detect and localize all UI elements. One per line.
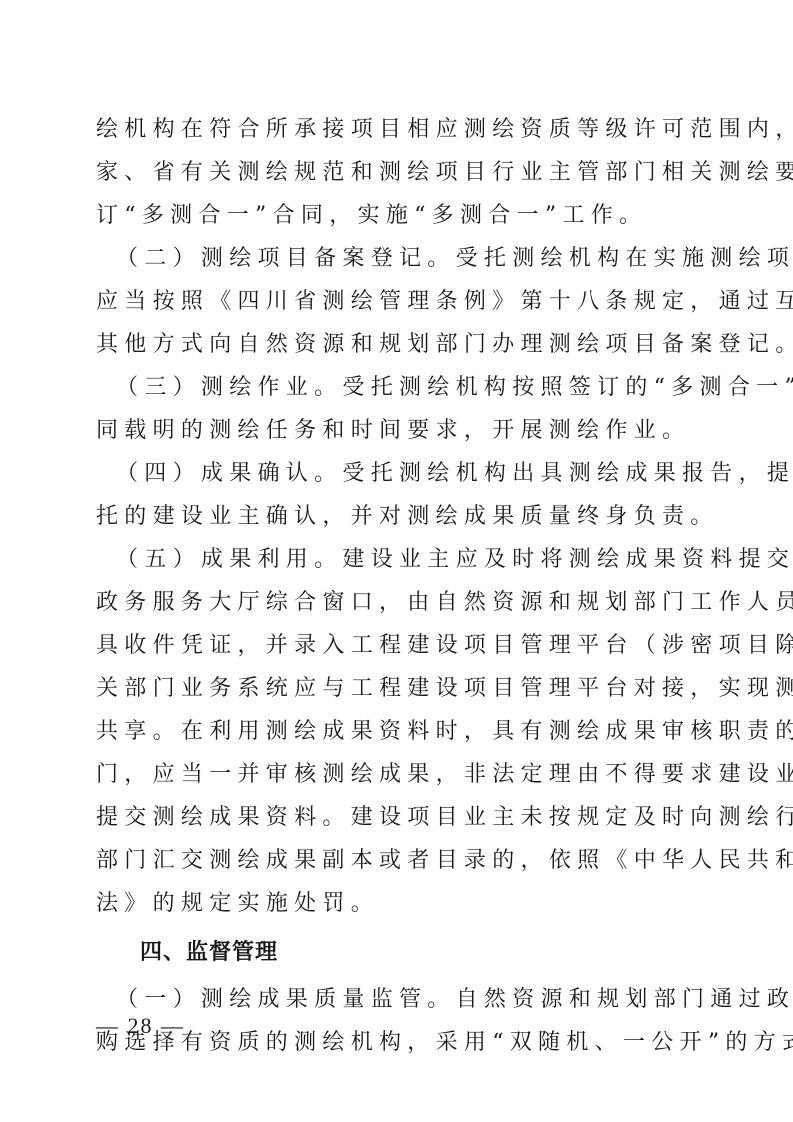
page-number: — 28 —: [96, 1013, 185, 1039]
text-line: 其他方式向自然资源和规划部门办理测绘项目备案登记。: [96, 323, 700, 366]
document-page: 绘机构在符合所承接项目相应测绘资质等级许可范围内，依照国 家、省有关测绘规范和测…: [96, 108, 700, 1064]
text-line: （五）成果利用。建设业主应及时将测绘成果资料提交到市: [96, 538, 700, 581]
text-line: （三）测绘作业。受托测绘机构按照签订的“多测合一”合: [96, 366, 700, 409]
text-line: 订“多测合一”合同，实施“多测合一”工作。: [96, 194, 700, 237]
text-line: 家、省有关测绘规范和测绘项目行业主管部门相关测绘要求，签: [96, 151, 700, 194]
paragraph-result-confirmation: （四）成果确认。受托测绘机构出具测绘成果报告，提交委 托的建设业主确认，并对测绘…: [96, 452, 700, 538]
text-line: （二）测绘项目备案登记。受托测绘机构在实施测绘项目前，: [96, 237, 700, 280]
text-line: 提交测绘成果资料。建设项目业主未按规定及时向测绘行政主管: [96, 796, 700, 839]
text-line: 法》的规定实施处罚。: [96, 882, 700, 925]
text-line: 关部门业务系统应与工程建设项目管理平台对接，实现测绘成果: [96, 667, 700, 710]
paragraph-quality-supervision: （一）测绘成果质量监管。自然资源和规划部门通过政府采 购选择有资质的测绘机构，采…: [96, 978, 700, 1064]
paragraph-result-utilization: （五）成果利用。建设业主应及时将测绘成果资料提交到市 政务服务大厅综合窗口，由自…: [96, 538, 700, 925]
section-heading: 四、监督管理: [96, 931, 700, 974]
text-line: 购选择有资质的测绘机构，采用“双随机、一公开”的方式，负: [96, 1021, 700, 1064]
text-line: 同载明的测绘任务和时间要求，开展测绘作业。: [96, 409, 700, 452]
text-line: 部门汇交测绘成果副本或者目录的，依照《中华人民共和国测绘: [96, 839, 700, 882]
paragraph-project-registration: （二）测绘项目备案登记。受托测绘机构在实施测绘项目前， 应当按照《四川省测绘管理…: [96, 237, 700, 366]
text-line: 绘机构在符合所承接项目相应测绘资质等级许可范围内，依照国: [96, 108, 700, 151]
text-line: （一）测绘成果质量监管。自然资源和规划部门通过政府采: [96, 978, 700, 1021]
text-line: 门，应当一并审核测绘成果，非法定理由不得要求建设业主重复: [96, 753, 700, 796]
text-line: 具收件凭证，并录入工程建设项目管理平台（涉密项目除外）。相: [96, 624, 700, 667]
paragraph-surveying-work: （三）测绘作业。受托测绘机构按照签订的“多测合一”合 同载明的测绘任务和时间要求…: [96, 366, 700, 452]
text-line: （四）成果确认。受托测绘机构出具测绘成果报告，提交委: [96, 452, 700, 495]
text-line: 应当按照《四川省测绘管理条例》第十八条规定，通过互联网等: [96, 280, 700, 323]
text-line: 共享。在利用测绘成果资料时，具有测绘成果审核职责的相关部: [96, 710, 700, 753]
text-line: 托的建设业主确认，并对测绘成果质量终身负责。: [96, 495, 700, 538]
text-line: 政务服务大厅综合窗口，由自然资源和规划部门工作人员受理出: [96, 581, 700, 624]
paragraph-continuation: 绘机构在符合所承接项目相应测绘资质等级许可范围内，依照国 家、省有关测绘规范和测…: [96, 108, 700, 237]
